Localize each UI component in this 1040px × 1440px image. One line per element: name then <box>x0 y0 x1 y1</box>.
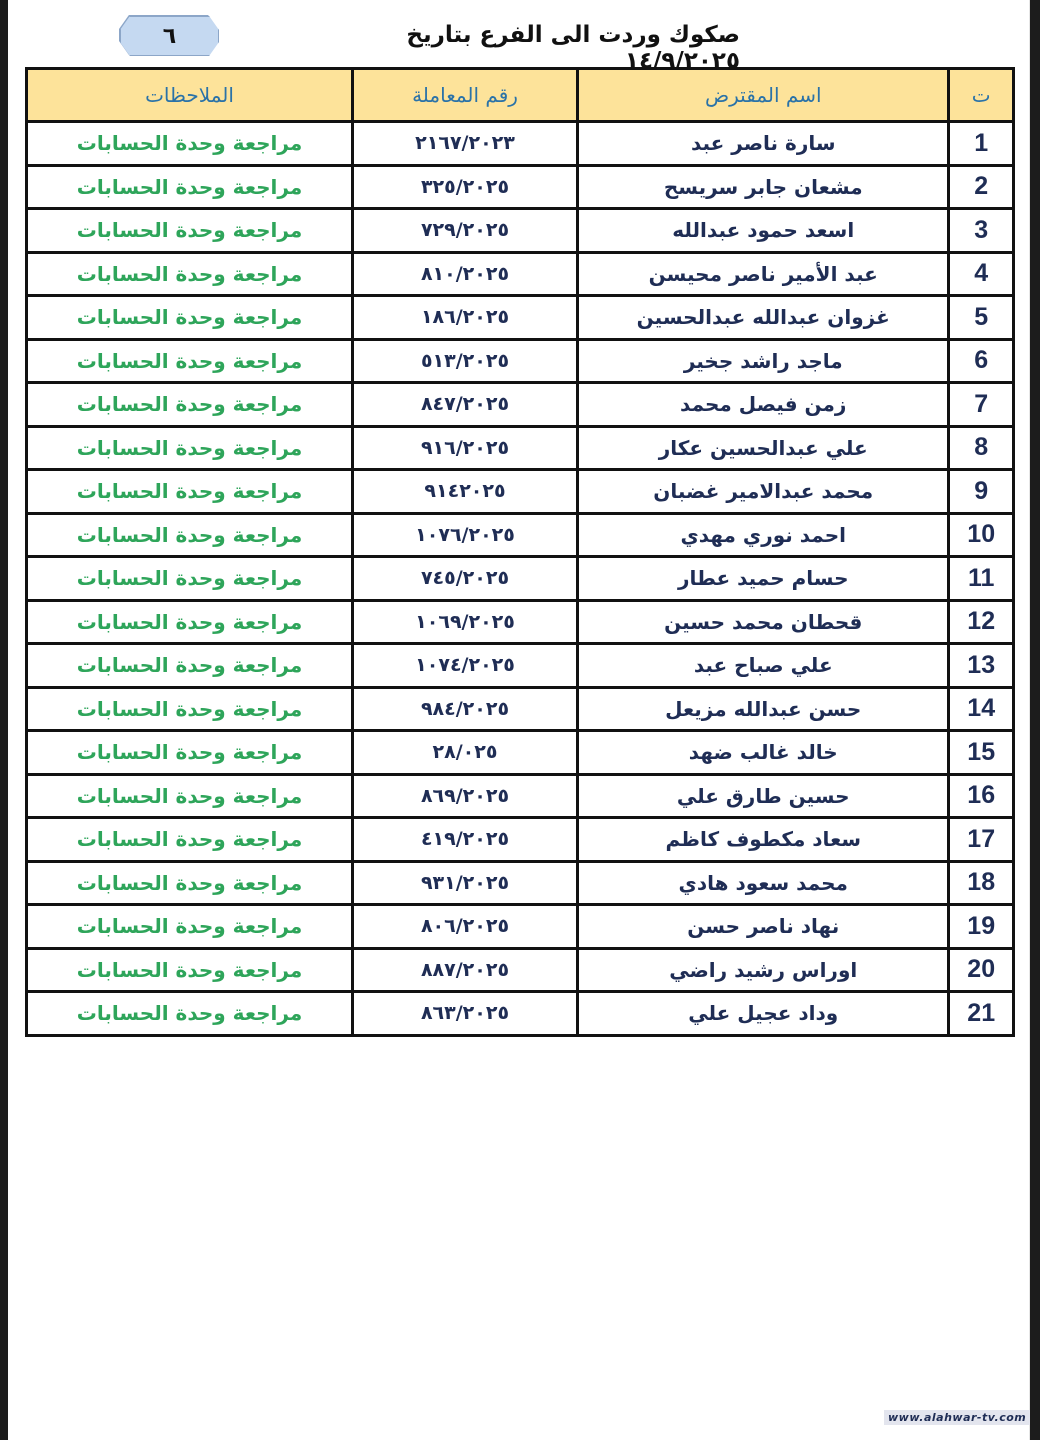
site-watermark: www.alahwar-tv.com <box>884 1410 1030 1425</box>
row-index: 16 <box>949 774 1014 818</box>
transaction-number: ٧٤٥/٢٠٢٥ <box>353 557 578 601</box>
right-frame-line <box>1029 0 1030 1440</box>
header-notes: الملاحظات <box>27 69 353 122</box>
table-row: 19نهاد ناصر حسن٨٠٦/٢٠٢٥مراجعة وحدة الحسا… <box>27 905 1014 949</box>
table-row: 17سعاد مكطوف كاظم٤١٩/٢٠٢٥مراجعة وحدة الح… <box>27 818 1014 862</box>
row-note: مراجعة وحدة الحسابات <box>27 122 353 166</box>
row-index: 7 <box>949 383 1014 427</box>
row-note: مراجعة وحدة الحسابات <box>27 731 353 775</box>
transaction-number: ٩٨٤/٢٠٢٥ <box>353 687 578 731</box>
row-note: مراجعة وحدة الحسابات <box>27 557 353 601</box>
transaction-number: ٩١٤٢٠٢٥ <box>353 470 578 514</box>
row-note: مراجعة وحدة الحسابات <box>27 296 353 340</box>
transaction-number: ١٠٧٦/٢٠٢٥ <box>353 513 578 557</box>
transaction-number: ١٠٧٤/٢٠٢٥ <box>353 644 578 688</box>
row-index: 18 <box>949 861 1014 905</box>
table-row: 4عبد الأمير ناصر محيسن٨١٠/٢٠٢٥مراجعة وحد… <box>27 252 1014 296</box>
borrower-name: سارة ناصر عبد <box>578 122 949 166</box>
table-row: 14حسن عبدالله مزيعل٩٨٤/٢٠٢٥مراجعة وحدة ا… <box>27 687 1014 731</box>
borrower-name: اوراس رشيد راضي <box>578 948 949 992</box>
table-row: 11حسام حميد عطار٧٤٥/٢٠٢٥مراجعة وحدة الحس… <box>27 557 1014 601</box>
borrower-name: سعاد مكطوف كاظم <box>578 818 949 862</box>
borrower-name: نهاد ناصر حسن <box>578 905 949 949</box>
row-index: 5 <box>949 296 1014 340</box>
row-index: 14 <box>949 687 1014 731</box>
header-transaction-number: رقم المعاملة <box>353 69 578 122</box>
borrower-name: حسن عبدالله مزيعل <box>578 687 949 731</box>
row-note: مراجعة وحدة الحسابات <box>27 687 353 731</box>
row-index: 11 <box>949 557 1014 601</box>
transaction-number: ٨١٠/٢٠٢٥ <box>353 252 578 296</box>
borrower-name: احمد نوري مهدي <box>578 513 949 557</box>
row-note: مراجعة وحدة الحسابات <box>27 383 353 427</box>
transaction-number: ٨٨٧/٢٠٢٥ <box>353 948 578 992</box>
row-index: 3 <box>949 209 1014 253</box>
row-index: 21 <box>949 992 1014 1036</box>
transaction-number: ٥١٣/٢٠٢٥ <box>353 339 578 383</box>
row-note: مراجعة وحدة الحسابات <box>27 252 353 296</box>
row-index: 12 <box>949 600 1014 644</box>
transaction-number: ٨٦٩/٢٠٢٥ <box>353 774 578 818</box>
row-index: 19 <box>949 905 1014 949</box>
table-row: 15خالد غالب ضهد٢٨/٠٢٥مراجعة وحدة الحسابا… <box>27 731 1014 775</box>
borrower-name: غزوان عبدالله عبدالحسين <box>578 296 949 340</box>
left-frame-edge <box>0 0 8 1440</box>
borrower-name: علي عبدالحسين عكار <box>578 426 949 470</box>
row-index: 1 <box>949 122 1014 166</box>
table-row: 13علي صباح عبد١٠٧٤/٢٠٢٥مراجعة وحدة الحسا… <box>27 644 1014 688</box>
row-note: مراجعة وحدة الحسابات <box>27 209 353 253</box>
borrower-name: علي صباح عبد <box>578 644 949 688</box>
row-note: مراجعة وحدة الحسابات <box>27 818 353 862</box>
transaction-number: ٨٠٦/٢٠٢٥ <box>353 905 578 949</box>
cheques-table: ت اسم المقترض رقم المعاملة الملاحظات 1سا… <box>25 67 1015 1037</box>
row-index: 15 <box>949 731 1014 775</box>
table-row: 12قحطان محمد حسين١٠٦٩/٢٠٢٥مراجعة وحدة ال… <box>27 600 1014 644</box>
header-borrower-name: اسم المقترض <box>578 69 949 122</box>
table-row: 10احمد نوري مهدي١٠٧٦/٢٠٢٥مراجعة وحدة الح… <box>27 513 1014 557</box>
table-row: 21وداد عجيل علي٨٦٣/٢٠٢٥مراجعة وحدة الحسا… <box>27 992 1014 1036</box>
table-header-row: ت اسم المقترض رقم المعاملة الملاحظات <box>27 69 1014 122</box>
transaction-number: ٧٢٩/٢٠٢٥ <box>353 209 578 253</box>
borrower-name: محمد سعود هادي <box>578 861 949 905</box>
row-note: مراجعة وحدة الحسابات <box>27 861 353 905</box>
borrower-name: حسين طارق علي <box>578 774 949 818</box>
borrower-name: خالد غالب ضهد <box>578 731 949 775</box>
row-note: مراجعة وحدة الحسابات <box>27 948 353 992</box>
row-index: 6 <box>949 339 1014 383</box>
row-note: مراجعة وحدة الحسابات <box>27 644 353 688</box>
row-note: مراجعة وحدة الحسابات <box>27 905 353 949</box>
table-row: 18محمد سعود هادي٩٣١/٢٠٢٥مراجعة وحدة الحس… <box>27 861 1014 905</box>
transaction-number: ٨٤٧/٢٠٢٥ <box>353 383 578 427</box>
borrower-name: اسعد حمود عبدالله <box>578 209 949 253</box>
row-index: 2 <box>949 165 1014 209</box>
table-row: 9محمد عبدالامير غضبان٩١٤٢٠٢٥مراجعة وحدة … <box>27 470 1014 514</box>
row-note: مراجعة وحدة الحسابات <box>27 426 353 470</box>
borrower-name: زمن فيصل محمد <box>578 383 949 427</box>
page-number-badge: ٦ <box>120 16 219 56</box>
row-index: 20 <box>949 948 1014 992</box>
table-row: 6ماجد راشد جخير٥١٣/٢٠٢٥مراجعة وحدة الحسا… <box>27 339 1014 383</box>
right-frame-edge <box>1030 0 1040 1440</box>
table-row: 5غزوان عبدالله عبدالحسين١٨٦/٢٠٢٥مراجعة و… <box>27 296 1014 340</box>
row-note: مراجعة وحدة الحسابات <box>27 600 353 644</box>
page-number: ٦ <box>163 24 176 49</box>
row-note: مراجعة وحدة الحسابات <box>27 165 353 209</box>
table-row: 3اسعد حمود عبدالله٧٢٩/٢٠٢٥مراجعة وحدة ال… <box>27 209 1014 253</box>
transaction-number: ١٨٦/٢٠٢٥ <box>353 296 578 340</box>
borrower-name: حسام حميد عطار <box>578 557 949 601</box>
row-index: 17 <box>949 818 1014 862</box>
transaction-number: ٩١٦/٢٠٢٥ <box>353 426 578 470</box>
row-note: مراجعة وحدة الحسابات <box>27 339 353 383</box>
transaction-number: ٢٨/٠٢٥ <box>353 731 578 775</box>
borrower-name: قحطان محمد حسين <box>578 600 949 644</box>
borrower-name: وداد عجيل علي <box>578 992 949 1036</box>
row-index: 10 <box>949 513 1014 557</box>
header-index: ت <box>949 69 1014 122</box>
borrower-name: مشعان جابر سريسح <box>578 165 949 209</box>
transaction-number: ٣٢٥/٢٠٢٥ <box>353 165 578 209</box>
row-note: مراجعة وحدة الحسابات <box>27 992 353 1036</box>
transaction-number: ٩٣١/٢٠٢٥ <box>353 861 578 905</box>
borrower-name: ماجد راشد جخير <box>578 339 949 383</box>
borrower-name: عبد الأمير ناصر محيسن <box>578 252 949 296</box>
table-row: 8علي عبدالحسين عكار٩١٦/٢٠٢٥مراجعة وحدة ا… <box>27 426 1014 470</box>
row-note: مراجعة وحدة الحسابات <box>27 513 353 557</box>
table-row: 16حسين طارق علي٨٦٩/٢٠٢٥مراجعة وحدة الحسا… <box>27 774 1014 818</box>
transaction-number: ١٠٦٩/٢٠٢٥ <box>353 600 578 644</box>
transaction-number: ٢١٦٧/٢٠٢٣ <box>353 122 578 166</box>
row-index: 8 <box>949 426 1014 470</box>
row-index: 4 <box>949 252 1014 296</box>
transaction-number: ٨٦٣/٢٠٢٥ <box>353 992 578 1036</box>
table-row: 2مشعان جابر سريسح٣٢٥/٢٠٢٥مراجعة وحدة الح… <box>27 165 1014 209</box>
table-row: 1سارة ناصر عبد٢١٦٧/٢٠٢٣مراجعة وحدة الحسا… <box>27 122 1014 166</box>
row-note: مراجعة وحدة الحسابات <box>27 774 353 818</box>
row-index: 9 <box>949 470 1014 514</box>
row-note: مراجعة وحدة الحسابات <box>27 470 353 514</box>
table-row: 20اوراس رشيد راضي٨٨٧/٢٠٢٥مراجعة وحدة الح… <box>27 948 1014 992</box>
row-index: 13 <box>949 644 1014 688</box>
transaction-number: ٤١٩/٢٠٢٥ <box>353 818 578 862</box>
borrower-name: محمد عبدالامير غضبان <box>578 470 949 514</box>
table-row: 7زمن فيصل محمد٨٤٧/٢٠٢٥مراجعة وحدة الحساب… <box>27 383 1014 427</box>
